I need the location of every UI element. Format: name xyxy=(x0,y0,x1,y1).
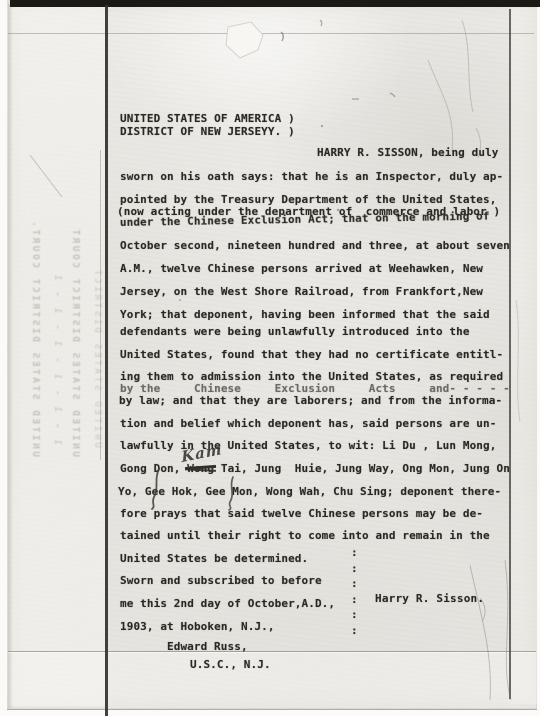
officer-name: Edward Russ, xyxy=(167,640,248,653)
caption-line-1: UNITED STATES OF AMERICA ) xyxy=(120,112,295,125)
typewritten-line-9: A.M., twelve Chinese persons arrived at … xyxy=(120,262,483,275)
scan-edge-bar xyxy=(10,0,540,7)
right-fold-panel xyxy=(511,8,537,704)
jurat-line-2: me this 2nd day of October,A.D., xyxy=(120,597,335,610)
bleed-through-text: UNITED STATES DISTRICT COURT xyxy=(70,222,81,457)
page-edge-shadow xyxy=(8,4,13,708)
sisson-signature: Harry R. Sisson. xyxy=(375,592,484,605)
text-part: Gong Don, xyxy=(120,462,187,475)
typewritten-line-12: defendants were being unlawfully introdu… xyxy=(120,325,470,338)
typewritten-line-11: York; that deponent, having been informe… xyxy=(120,308,490,321)
typewritten-line-10: Jersey, on the West Shore Railroad, from… xyxy=(120,285,483,298)
typewritten-line-21: fore prays that said twelve Chinese pers… xyxy=(120,507,483,520)
bleed-through-text: UNITED STATES DISTRICT xyxy=(92,228,103,448)
jurat-line-1: Sworn and subscribed to before xyxy=(120,574,322,587)
jurat-line-3: 1903, at Hoboken, N.J., xyxy=(120,620,275,633)
fold-line-left xyxy=(105,5,108,716)
typewritten-line-22: tained until their right to come into an… xyxy=(120,529,490,542)
deponent-intro: HARRY R. SISSON, being duly xyxy=(317,146,499,159)
typewritten-line-17: tion and belief which deponent has, said… xyxy=(120,417,496,430)
typewritten-line-13: United States, found that they had no ce… xyxy=(120,348,503,361)
caption-line-2: DISTRICT OF NEW JERSEYY. ) xyxy=(120,125,295,138)
fold-line-right xyxy=(509,9,511,699)
bottom-fold-panel xyxy=(8,652,536,708)
scanned-document: UNITED STATES DISTRICT COURT. 1 - 1 - 1 … xyxy=(0,0,540,716)
crease-line xyxy=(8,33,534,34)
text-part: Tai, Jung Huie, Jung Way, Ong Mon, Jung … xyxy=(214,462,510,475)
names-line-with-correction: Gong Don, Wong Tai, Jung Huie, Jung Way,… xyxy=(120,462,510,475)
typewritten-line-16: by law; and that they are laborers; and … xyxy=(119,394,502,407)
officer-title: U.S.C., N.J. xyxy=(190,658,271,671)
typewritten-line-18: lawfully in the United States, to wit: L… xyxy=(120,439,496,452)
jurat-colon-column: : : : : : : xyxy=(351,545,358,638)
crease-line xyxy=(8,651,536,652)
typewritten-line-20: Yo, Gee Hok, Gee Mon, Wong Wah, Chu Sing… xyxy=(118,485,501,498)
typewritten-line-23: United States be determined. xyxy=(120,552,308,565)
typewritten-line-8: October second, nineteen hundred and thr… xyxy=(120,239,510,252)
bleed-through-text: 1 - 1 - 1 - 1 - 1 - 1 xyxy=(52,240,63,445)
typewritten-line-4: sworn on his oath says: that he is an In… xyxy=(120,170,503,183)
bleed-through-text: UNITED STATES DISTRICT COURT. xyxy=(30,222,41,457)
